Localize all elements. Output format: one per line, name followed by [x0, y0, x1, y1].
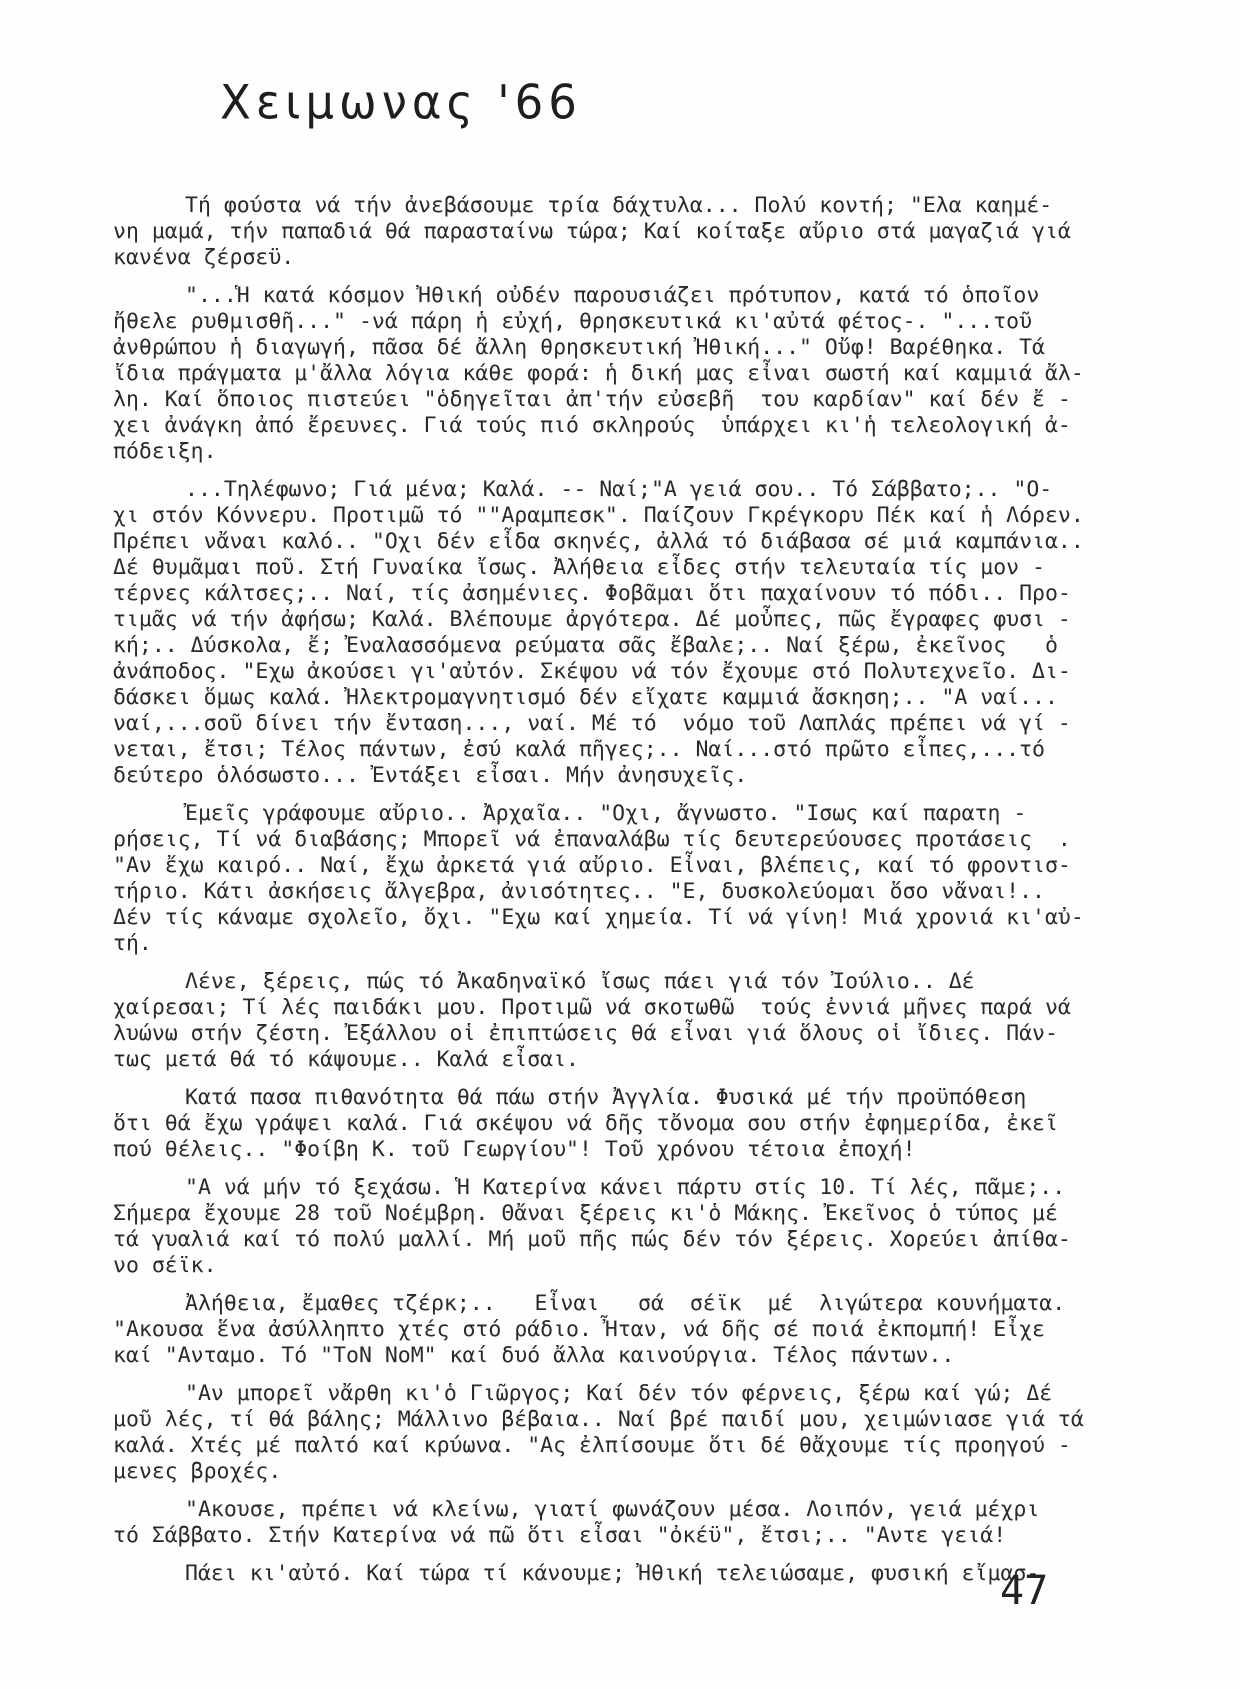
page-number: 47: [1000, 1568, 1048, 1614]
text-line: Πρέπει νἄναι καλό.. "Οχι δέν εἶδα σκηνές…: [113, 529, 1153, 555]
paragraph: Πάει κι'αὐτό. Καί τώρα τί κάνουμε; Ἠθική…: [113, 1561, 1153, 1587]
paragraph: Τή φούστα νά τήν ἀνεβάσουμε τρία δάχτυλα…: [113, 193, 1153, 271]
text-line: πόδειξη.: [113, 439, 1153, 465]
text-line: μοῦ λές, τί θά βάλης; Μάλλινο βέβαια.. Ν…: [113, 1407, 1153, 1433]
text-line: χαίρεσαι; Τί λές παιδάκι μου. Προτιμῶ νά…: [113, 995, 1153, 1021]
text-line: ὅτι θά ἔχω γράψει καλά. Γιά σκέψου νά δῆ…: [113, 1111, 1153, 1137]
paragraph: "Αν μπορεῖ νἄρθη κι'ὁ Γιῶργος; Καί δέν τ…: [113, 1381, 1153, 1485]
text-line: "Αν ἔχω καιρό.. Ναί, ἔχω ἀρκετά γιά αὔρι…: [113, 853, 1153, 879]
text-line: κή;.. Δύσκολα, ἔ; Ἐναλασσόμενα ρεύματα σ…: [113, 633, 1153, 659]
text-line: Λένε, ξέρεις, πώς τό Ἀκαδηναϊκό ἴσως πάε…: [113, 969, 1153, 995]
text-line: Δέν τίς κάναμε σχολεῖο, ὄχι. "Εχω καί χη…: [113, 905, 1153, 931]
text-line: καί "Ανταμο. Τό "ΤοΝ ΝοΜ" καί δυό ἄλλα κ…: [113, 1343, 1153, 1369]
text-line: νη μαμά, τήν παπαδιά θά παρασταίνω τώρα;…: [113, 219, 1153, 245]
text-line: δεύτερο ὁλόσωστο... Ἐντάξει εἶσαι. Μήν ἀ…: [113, 763, 1153, 789]
text-line: "...Ἡ κατά κόσμον Ἠθική οὐδέν παρουσιάζε…: [113, 283, 1153, 309]
text-line: νο σέϊκ.: [113, 1253, 1153, 1279]
text-line: νεται, ἔτσι; Τέλος πάντων, ἐσύ καλά πῆγε…: [113, 737, 1153, 763]
text-line: ἤθελε ρυθμισθῆ..." -νά πάρη ἡ εὐχή, θρησ…: [113, 309, 1153, 335]
text-line: τή.: [113, 931, 1153, 957]
text-line: "Ακουσα ἕνα ἀσύλληπτο χτές στό ράδιο. Ἦτ…: [113, 1317, 1153, 1343]
text-line: μενες βροχές.: [113, 1459, 1153, 1485]
text-line: χι στόν Κόννερυ. Προτιμῶ τό ""Αραμπεσκ".…: [113, 503, 1153, 529]
text-line: ἴδια πράγματα μ'ἄλλα λόγια κάθε φορά: ἡ …: [113, 361, 1153, 387]
paragraph: "Α νά μήν τό ξεχάσω. Ἡ Κατερίνα κάνει πά…: [113, 1175, 1153, 1279]
text-line: χει ἀνάγκη ἀπό ἔρευνες. Γιά τούς πιό σκλ…: [113, 413, 1153, 439]
text-line: Ἐμεῖς γράφουμε αὔριο.. Ἀρχαῖα.. "Οχι, ἄγ…: [113, 801, 1153, 827]
text-line: πού θέλεις.. "Φοίβη Κ. τοῦ Γεωργίου"! Το…: [113, 1137, 1153, 1163]
text-line: "Ακουσε, πρέπει νά κλείνω, γιατί φωνάζου…: [113, 1497, 1153, 1523]
text-line: ἀνάποδος. "Εχω ἀκούσει γι'αὐτόν. Σκέψου …: [113, 659, 1153, 685]
text-line: λυώνω στήν ζέστη. Ἐξάλλου οἱ ἐπιπτώσεις …: [113, 1021, 1153, 1047]
paragraph: "...Ἡ κατά κόσμον Ἠθική οὐδέν παρουσιάζε…: [113, 283, 1153, 465]
text-line: ...Τηλέφωνο; Γιά μένα; Καλά. -- Ναί;"Α γ…: [113, 477, 1153, 503]
text-line: ρήσεις, Τί νά διαβάσης; Μπορεῖ νά ἐπαναλ…: [113, 827, 1153, 853]
text-line: "Αν μπορεῖ νἄρθη κι'ὁ Γιῶργος; Καί δέν τ…: [113, 1381, 1153, 1407]
text-line: Τή φούστα νά τήν ἀνεβάσουμε τρία δάχτυλα…: [113, 193, 1153, 219]
document-body: Τή φούστα νά τήν ἀνεβάσουμε τρία δάχτυλα…: [113, 193, 1153, 1599]
text-line: δάσκει ὅμως καλά. Ἠλεκτρομαγνητισμό δέν …: [113, 685, 1153, 711]
text-line: τως μετά θά τό κάψουμε.. Καλά εἶσαι.: [113, 1047, 1153, 1073]
text-line: ἀνθρώπου ἡ διαγωγή, πᾶσα δέ ἄλλη θρησκευ…: [113, 335, 1153, 361]
page-title: Χειμωνας '66: [220, 75, 582, 130]
text-line: ναί,...σοῦ δίνει τήν ἔνταση..., ναί. Μέ …: [113, 711, 1153, 737]
text-line: τιμᾶς νά τήν ἀφήσω; Καλά. Βλέπουμε ἀργότ…: [113, 607, 1153, 633]
paragraph: "Ακουσε, πρέπει νά κλείνω, γιατί φωνάζου…: [113, 1497, 1153, 1549]
document-page: Χειμωνας '66 Τή φούστα νά τήν ἀνεβάσουμε…: [0, 0, 1240, 1689]
paragraph: Ἀλήθεια, ἔμαθες τζέρκ;.. Εἶναι σά σέϊκ μ…: [113, 1291, 1153, 1369]
text-line: καλά. Χτές μέ παλτό καί κρύωνα. "Ας ἐλπί…: [113, 1433, 1153, 1459]
text-line: τό Σάββατο. Στήν Κατερίνα νά πῶ ὅτι εἶσα…: [113, 1523, 1153, 1549]
paragraph: Λένε, ξέρεις, πώς τό Ἀκαδηναϊκό ἴσως πάε…: [113, 969, 1153, 1073]
text-line: Δέ θυμᾶμαι ποῦ. Στή Γυναίκα ἴσως. Ἀλήθει…: [113, 555, 1153, 581]
text-line: τέρνες κάλτσες;.. Ναί, τίς ἀσημένιες. Φο…: [113, 581, 1153, 607]
paragraph: Ἐμεῖς γράφουμε αὔριο.. Ἀρχαῖα.. "Οχι, ἄγ…: [113, 801, 1153, 957]
text-line: τήριο. Κάτι ἀσκήσεις ἄλγεβρα, ἀνισότητες…: [113, 879, 1153, 905]
text-line: λη. Καί ὅποιος πιστεύει "ὁδηγεῖται ἀπ'τή…: [113, 387, 1153, 413]
text-line: Πάει κι'αὐτό. Καί τώρα τί κάνουμε; Ἠθική…: [113, 1561, 1153, 1587]
text-line: κανένα ζέρσεϋ.: [113, 245, 1153, 271]
text-line: Κατά πασα πιθανότητα θά πάω στήν Ἀγγλία.…: [113, 1085, 1153, 1111]
text-line: "Α νά μήν τό ξεχάσω. Ἡ Κατερίνα κάνει πά…: [113, 1175, 1153, 1201]
text-line: τά γυαλιά καί τό πολύ μαλλί. Μή μοῦ πῆς …: [113, 1227, 1153, 1253]
text-line: Ἀλήθεια, ἔμαθες τζέρκ;.. Εἶναι σά σέϊκ μ…: [113, 1291, 1153, 1317]
text-line: Σήμερα ἔχουμε 28 τοῦ Νοέμβρη. Θἄναι ξέρε…: [113, 1201, 1153, 1227]
paragraph: Κατά πασα πιθανότητα θά πάω στήν Ἀγγλία.…: [113, 1085, 1153, 1163]
paragraph: ...Τηλέφωνο; Γιά μένα; Καλά. -- Ναί;"Α γ…: [113, 477, 1153, 789]
